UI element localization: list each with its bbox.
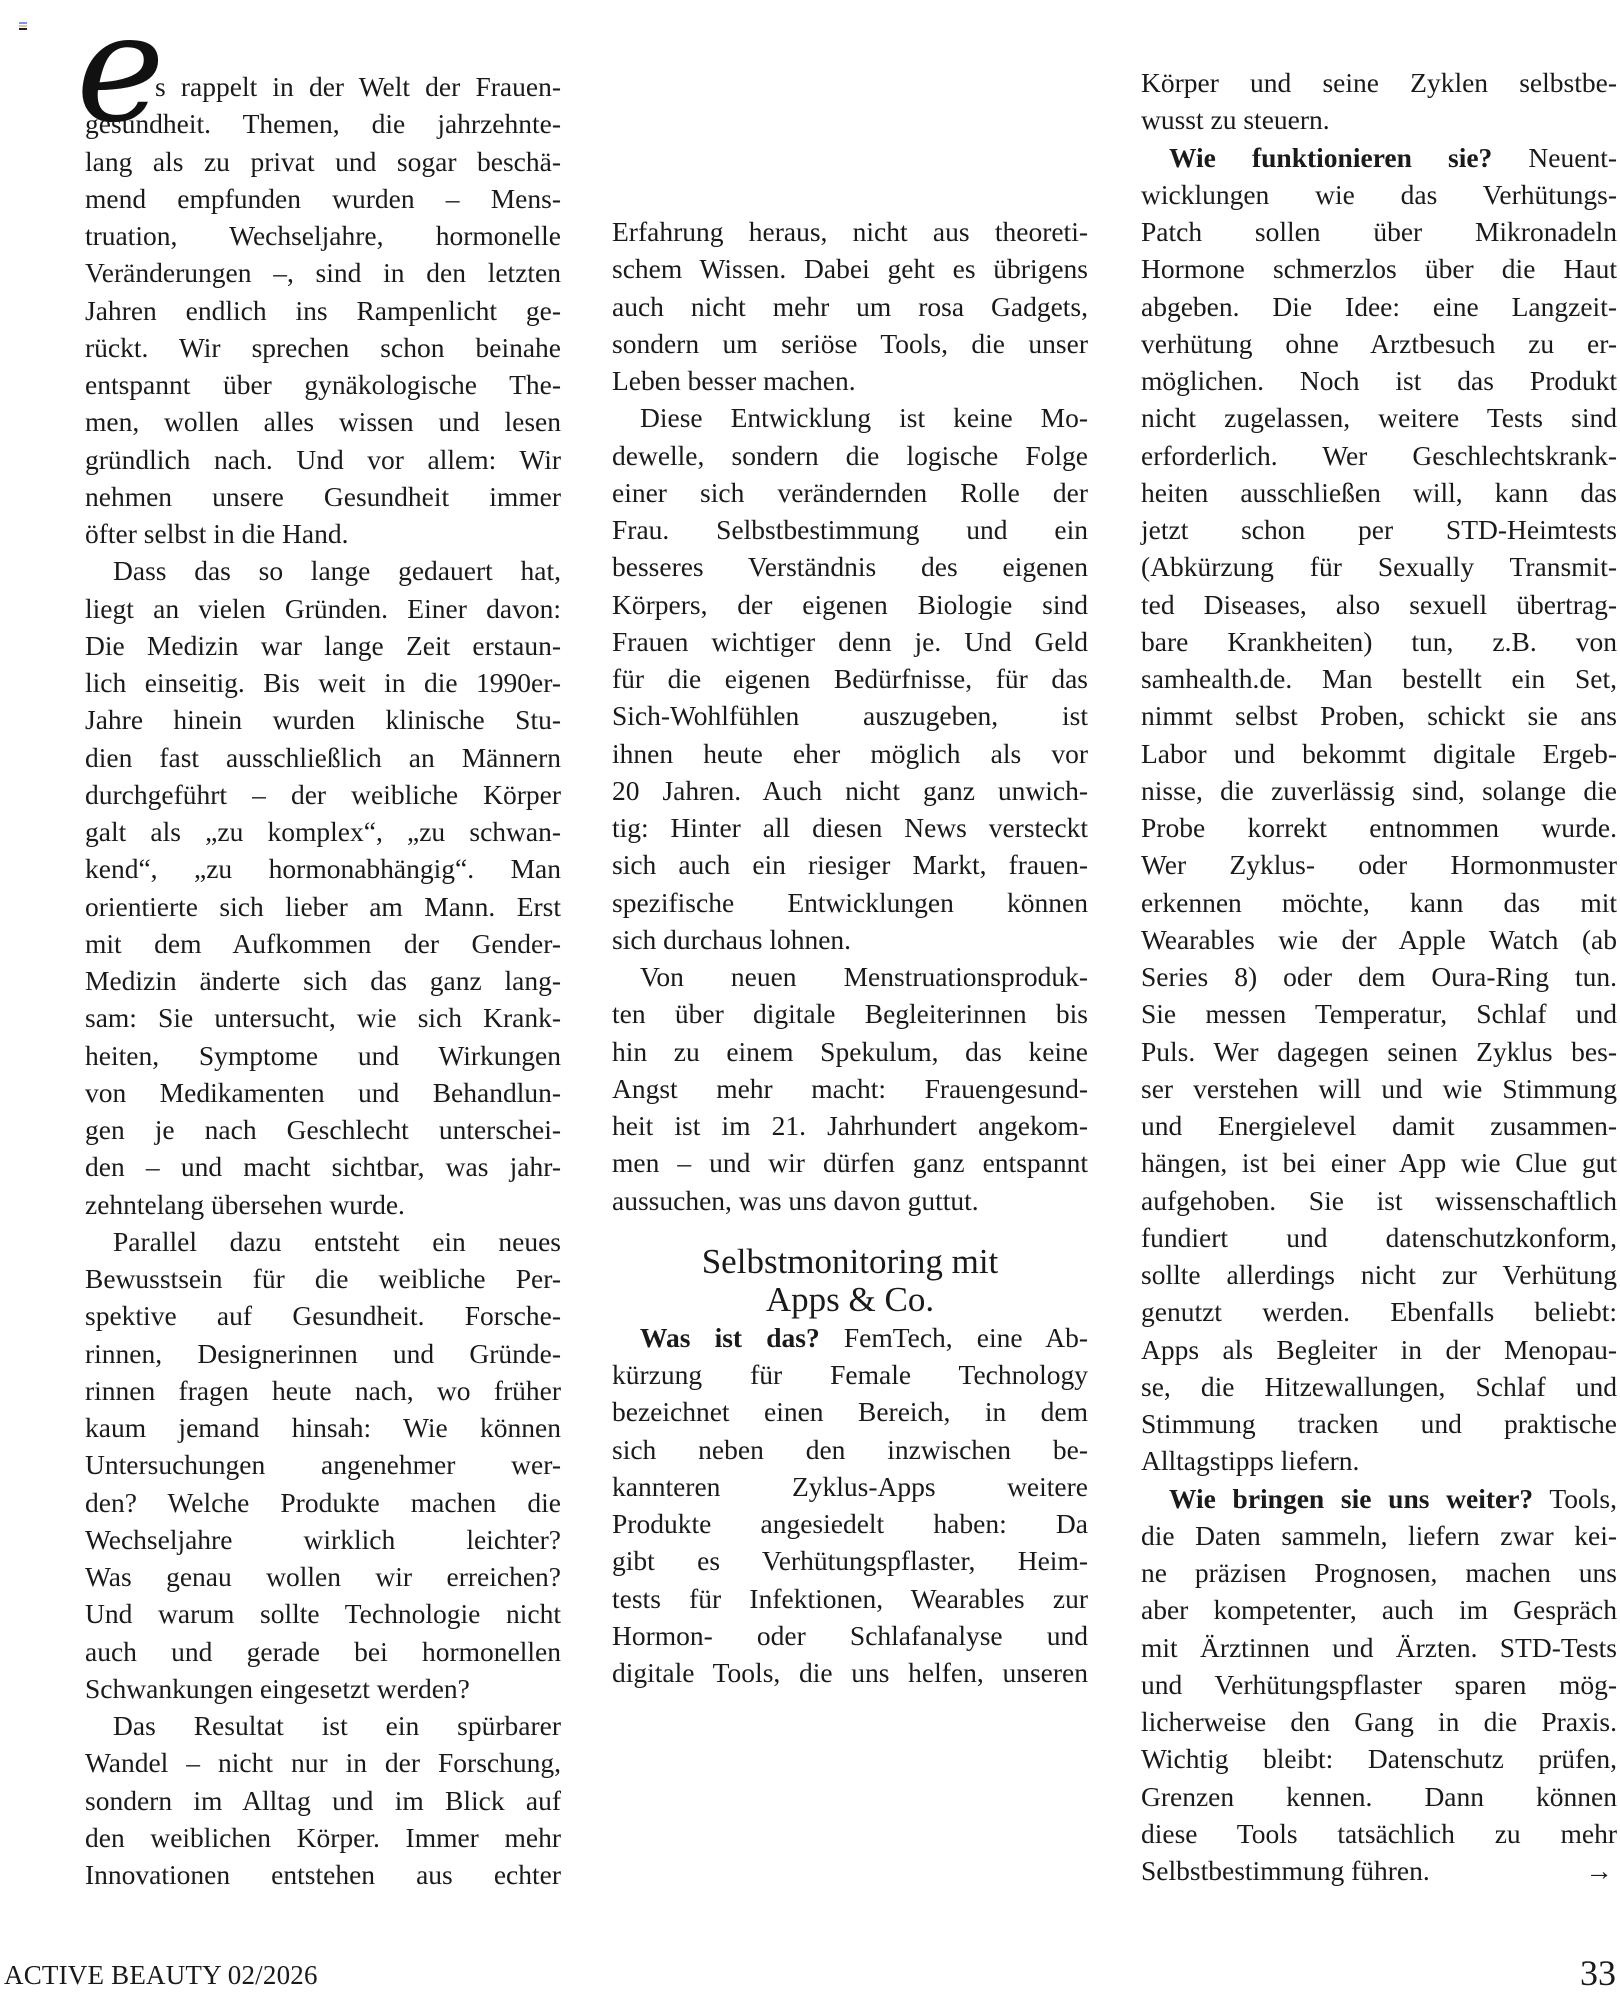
text-line: nimmt selbst Proben, schickt sie ans <box>1141 697 1617 734</box>
text-line: Sich-Wohlfühlen auszugeben, ist <box>612 697 1088 734</box>
article-column-3: Körper und seine Zyklen selbstbe-wusst z… <box>1141 64 1617 1889</box>
text-line: durchgeführt – der weibliche Körper <box>85 776 561 813</box>
heading-line-2: Apps & Co. <box>612 1281 1088 1319</box>
text-line: lang als zu privat und sogar beschä- <box>85 143 561 180</box>
text-line: Die Medizin war lange Zeit erstaun- <box>85 627 561 664</box>
text-line: gen je nach Geschlecht unterschei- <box>85 1111 561 1148</box>
text-line: Labor und bekommt digitale Ergeb- <box>1141 735 1617 772</box>
lead-question: Was ist das? <box>640 1322 820 1353</box>
text-line: Wandel – nicht nur in der Forschung, <box>85 1744 561 1781</box>
page-stack-icon <box>19 22 27 31</box>
text-line: 20 Jahren. Auch nicht ganz unwich- <box>612 772 1088 809</box>
text-line: und Verhütungspflaster sparen mög- <box>1141 1666 1617 1703</box>
text-line: wicklungen wie das Verhütungs- <box>1141 176 1617 213</box>
text-line: mend empfunden wurden – Mens- <box>85 180 561 217</box>
text-line: Das Resultat ist ein spürbarer <box>85 1707 561 1744</box>
text-line: Was genau wollen wir erreichen? <box>85 1558 561 1595</box>
text-line: men, wollen alles wissen und lesen <box>85 403 561 440</box>
text-line: Sie messen Temperatur, Schlaf und <box>1141 995 1617 1032</box>
text-line: orientierte sich lieber am Mann. Erst <box>85 888 561 925</box>
text-line: Angst mehr macht: Frauengesund- <box>612 1070 1088 1107</box>
text-line: sich durchaus lohnen. <box>612 921 1088 958</box>
text-line: bare Krankheiten) tun, z.B. von <box>1141 623 1617 660</box>
text-line: genutzt werden. Ebenfalls beliebt: <box>1141 1293 1617 1330</box>
text-line: sondern im Alltag und im Blick auf <box>85 1782 561 1819</box>
text-line: Frauen wichtiger denn je. Und Geld <box>612 623 1088 660</box>
text-line: nisse, die zuverlässig sind, solange die <box>1141 772 1617 809</box>
text-line: Wearables wie der Apple Watch (ab <box>1141 921 1617 958</box>
text-line: licherweise den Gang in die Praxis. <box>1141 1703 1617 1740</box>
text-line: ser verstehen will und wie Stimmung <box>1141 1070 1617 1107</box>
text-line: Puls. Wer dagegen seinen Zyklus bes- <box>1141 1033 1617 1070</box>
text-line: dewelle, sondern die logische Folge <box>612 437 1088 474</box>
lead-paragraph-line: Wie bringen sie uns weiter? Tools, <box>1141 1480 1617 1517</box>
text-line: den? Welche Produkte machen die <box>85 1484 561 1521</box>
magazine-issue-label: ACTIVE BEAUTY 02/2026 <box>4 1960 318 1991</box>
text-line: auch nicht mehr um rosa Gadgets, <box>612 288 1088 325</box>
text-line: Produkte angesiedelt haben: Da <box>612 1505 1088 1542</box>
text-line: rinnen fragen heute nach, wo früher <box>85 1372 561 1409</box>
text-line: diese Tools tatsächlich zu mehr <box>1141 1815 1617 1852</box>
text-line: hängen, ist bei einer App wie Clue gut <box>1141 1144 1617 1181</box>
text-line: kannteren Zyklus-Apps weitere <box>612 1468 1088 1505</box>
text-line: kend“, „zu hormonabhängig“. Man <box>85 850 561 887</box>
text-line: (Abkürzung für Sexually Transmit- <box>1141 548 1617 585</box>
text-line: zehntelang übersehen wurde. <box>85 1186 561 1223</box>
text-line: Untersuchungen angenehmer wer- <box>85 1446 561 1483</box>
text-line: Jahren endlich ins Rampenlicht ge- <box>85 292 561 329</box>
heading-line-1: Selbstmonitoring mit <box>612 1243 1088 1281</box>
text-line: sich auch ein riesiger Markt, frauen- <box>612 846 1088 883</box>
column-3-body-b: wicklungen wie das Verhütungs-Patch soll… <box>1141 176 1617 1480</box>
text-line: ten über digitale Begleiterinnen bis <box>612 995 1088 1032</box>
continue-arrow-icon[interactable]: → <box>1586 1852 1618 1889</box>
text-line: die Daten sammeln, liefern zwar kei- <box>1141 1517 1617 1554</box>
text-line: Frau. Selbstbestimmung und ein <box>612 511 1088 548</box>
lead-paragraph-line: Was ist das? FemTech, eine Ab- <box>612 1319 1088 1356</box>
text-line: Wichtig bleibt: Datenschutz prüfen, <box>1141 1740 1617 1777</box>
text-line: für die eigenen Bedürfnisse, für das <box>612 660 1088 697</box>
text-line: heiten, Symptome und Wirkungen <box>85 1037 561 1074</box>
section-heading: Selbstmonitoring mit Apps & Co. <box>612 1243 1088 1319</box>
text-line: Leben besser machen. <box>612 362 1088 399</box>
text-line: Hormone schmerzlos über die Haut <box>1141 250 1617 287</box>
text-line: Stimmung tracken und praktische <box>1141 1405 1617 1442</box>
text-line: von Medikamenten und Behandlun- <box>85 1074 561 1111</box>
text-line: Grenzen kennen. Dann können <box>1141 1778 1617 1815</box>
text-line: möglichen. Noch ist das Produkt <box>1141 362 1617 399</box>
column-3-body-a: Körper und seine Zyklen selbstbe-wusst z… <box>1141 64 1617 139</box>
column-3-body-c: die Daten sammeln, liefern zwar kei-ne p… <box>1141 1517 1617 1852</box>
text-line: und Energielevel damit zusammen- <box>1141 1107 1617 1144</box>
text-line: kürzung für Female Technology <box>612 1356 1088 1393</box>
text-line: Von neuen Menstruationsproduk- <box>612 958 1088 995</box>
text-line: auch und gerade bei hormonellen <box>85 1633 561 1670</box>
text-line: Parallel dazu entsteht ein neues <box>85 1223 561 1260</box>
lead-question: Wie funktionieren sie? <box>1169 142 1492 173</box>
text-line: erkennen möchte, kann das mit <box>1141 884 1617 921</box>
text-line: tests für Infektionen, Wearables zur <box>612 1580 1088 1617</box>
text-line: abgeben. Die Idee: eine Langzeit- <box>1141 288 1617 325</box>
text-line: lich einseitig. Bis weit in die 1990er- <box>85 664 561 701</box>
text-line: Körper und seine Zyklen selbstbe- <box>1141 64 1617 101</box>
column-2-body-top: Erfahrung heraus, nicht aus theoreti-sch… <box>612 213 1088 1219</box>
text-line: Dass das so lange gedauert hat, <box>85 552 561 589</box>
text-line: schem Wissen. Dabei geht es übrigens <box>612 250 1088 287</box>
text-line: samhealth.de. Man bestellt ein Set, <box>1141 660 1617 697</box>
text-line: Jahre hinein wurden klinische Stu- <box>85 701 561 738</box>
text-line: Und warum sollte Technologie nicht <box>85 1595 561 1632</box>
text-line: Innovationen entstehen aus echter <box>85 1856 561 1893</box>
text-line: men – und wir dürfen ganz entspannt <box>612 1144 1088 1181</box>
text-line: Wechseljahre wirklich leichter? <box>85 1521 561 1558</box>
text-line: wusst zu steuern. <box>1141 101 1617 138</box>
text-line: nicht zugelassen, weitere Tests sind <box>1141 399 1617 436</box>
text-line: verhütung ohne Arztbesuch zu er- <box>1141 325 1617 362</box>
text-line: Diese Entwicklung ist keine Mo- <box>612 399 1088 436</box>
text-line: erforderlich. Wer Geschlechtskrank- <box>1141 437 1617 474</box>
text-line: sam: Sie untersucht, wie sich Krank- <box>85 999 561 1036</box>
text-line: Hormon- oder Schlafanalyse und <box>612 1617 1088 1654</box>
text-line: mit Ärztinnen und Ärzten. STD-Tests <box>1141 1629 1617 1666</box>
text-line: spezifische Entwicklungen können <box>612 884 1088 921</box>
text-line: aufgehoben. Sie ist wissenschaftlich <box>1141 1182 1617 1219</box>
text-line: entspannt über gynäkologische The- <box>85 366 561 403</box>
text-line: einer sich verändernden Rolle der <box>612 474 1088 511</box>
text-line: Bewusstsein für die weibliche Per- <box>85 1260 561 1297</box>
text-line: öfter selbst in die Hand. <box>85 515 561 552</box>
article-column-2: Erfahrung heraus, nicht aus theoreti-sch… <box>612 213 1088 1691</box>
text-line: mit dem Aufkommen der Gender- <box>85 925 561 962</box>
text-line: bezeichnet einen Bereich, in dem <box>612 1393 1088 1430</box>
text-line: Erfahrung heraus, nicht aus theoreti- <box>612 213 1088 250</box>
text-line: Veränderungen –, sind in den letzten <box>85 254 561 291</box>
text-line: s rappelt in der Welt der Frauen- <box>85 68 561 105</box>
text-line: aussuchen, was uns davon guttut. <box>612 1182 1088 1219</box>
text-line: gründlich nach. Und vor allem: Wir <box>85 441 561 478</box>
text-line: gesundheit. Themen, die jahrzehnte- <box>85 105 561 142</box>
text-line: sondern um seriöse Tools, die unser <box>612 325 1088 362</box>
text-line: Apps als Begleiter in der Menopau- <box>1141 1331 1617 1368</box>
lead-question: Wie bringen sie uns weiter? <box>1169 1483 1533 1514</box>
text-line: Probe korrekt entnommen wurde. <box>1141 809 1617 846</box>
text-line: rinnen, Designerinnen und Gründe- <box>85 1335 561 1372</box>
text-line: Patch sollen über Mikronadeln <box>1141 213 1617 250</box>
text-line: sollte allerdings nicht zur Verhütung <box>1141 1256 1617 1293</box>
text-line: sich neben den inzwischen be- <box>612 1431 1088 1468</box>
text-line: ihnen heute eher möglich als vor <box>612 735 1088 772</box>
text-line: dien fast ausschließlich an Männern <box>85 739 561 776</box>
lead-paragraph-line: Wie funktionieren sie? Neuent- <box>1141 139 1617 176</box>
text-line: se, die Hitzewallungen, Schlaf und <box>1141 1368 1617 1405</box>
final-line: Selbstbestimmung führen. → <box>1141 1852 1617 1889</box>
page-number: 33 <box>1580 1952 1616 1994</box>
final-line-text: Selbstbestimmung führen. <box>1141 1852 1430 1889</box>
text-line: gibt es Verhütungspflaster, Heim- <box>612 1542 1088 1579</box>
text-line: den – und macht sichtbar, was jahr- <box>85 1148 561 1185</box>
text-line: rückt. Wir sprechen schon beinahe <box>85 329 561 366</box>
text-line: fundiert und datenschutzkonform, <box>1141 1219 1617 1256</box>
text-line: hin zu einem Spekulum, das keine <box>612 1033 1088 1070</box>
column-2-body-bottom: kürzung für Female Technologybezeichnet … <box>612 1356 1088 1691</box>
text-line: kaum jemand hinsah: Wie können <box>85 1409 561 1446</box>
text-line: besseres Verständnis des eigenen <box>612 548 1088 585</box>
text-line: Schwankungen eingesetzt werden? <box>85 1670 561 1707</box>
text-line: truation, Wechseljahre, hormonelle <box>85 217 561 254</box>
text-line: heiten ausschließen will, kann das <box>1141 474 1617 511</box>
text-line: heit ist im 21. Jahrhundert angekom- <box>612 1107 1088 1144</box>
text-line: Körpers, der eigenen Biologie sind <box>612 586 1088 623</box>
text-line: liegt an vielen Gründen. Einer davon: <box>85 590 561 627</box>
text-line: Alltagstipps liefern. <box>1141 1442 1617 1479</box>
text-line: ne präzisen Prognosen, machen uns <box>1141 1554 1617 1591</box>
text-line: jetzt schon per STD-Heimtests <box>1141 511 1617 548</box>
text-line: nehmen unsere Gesundheit immer <box>85 478 561 515</box>
text-line: Wer Zyklus- oder Hormonmuster <box>1141 846 1617 883</box>
text-line: galt als „zu komplex“, „zu schwan- <box>85 813 561 850</box>
text-line: den weiblichen Körper. Immer mehr <box>85 1819 561 1856</box>
text-line: digitale Tools, die uns helfen, unseren <box>612 1654 1088 1691</box>
text-line: ted Diseases, also sexuell übertrag- <box>1141 586 1617 623</box>
text-line: Medizin änderte sich das ganz lang- <box>85 962 561 999</box>
article-column-1: s rappelt in der Welt der Frauen-gesundh… <box>85 68 561 1893</box>
text-line: Series 8) oder dem Oura-Ring tun. <box>1141 958 1617 995</box>
text-line: tig: Hinter all diesen News versteckt <box>612 809 1088 846</box>
text-line: spektive auf Gesundheit. Forsche- <box>85 1297 561 1334</box>
text-line: aber kompetenter, auch im Gespräch <box>1141 1591 1617 1628</box>
